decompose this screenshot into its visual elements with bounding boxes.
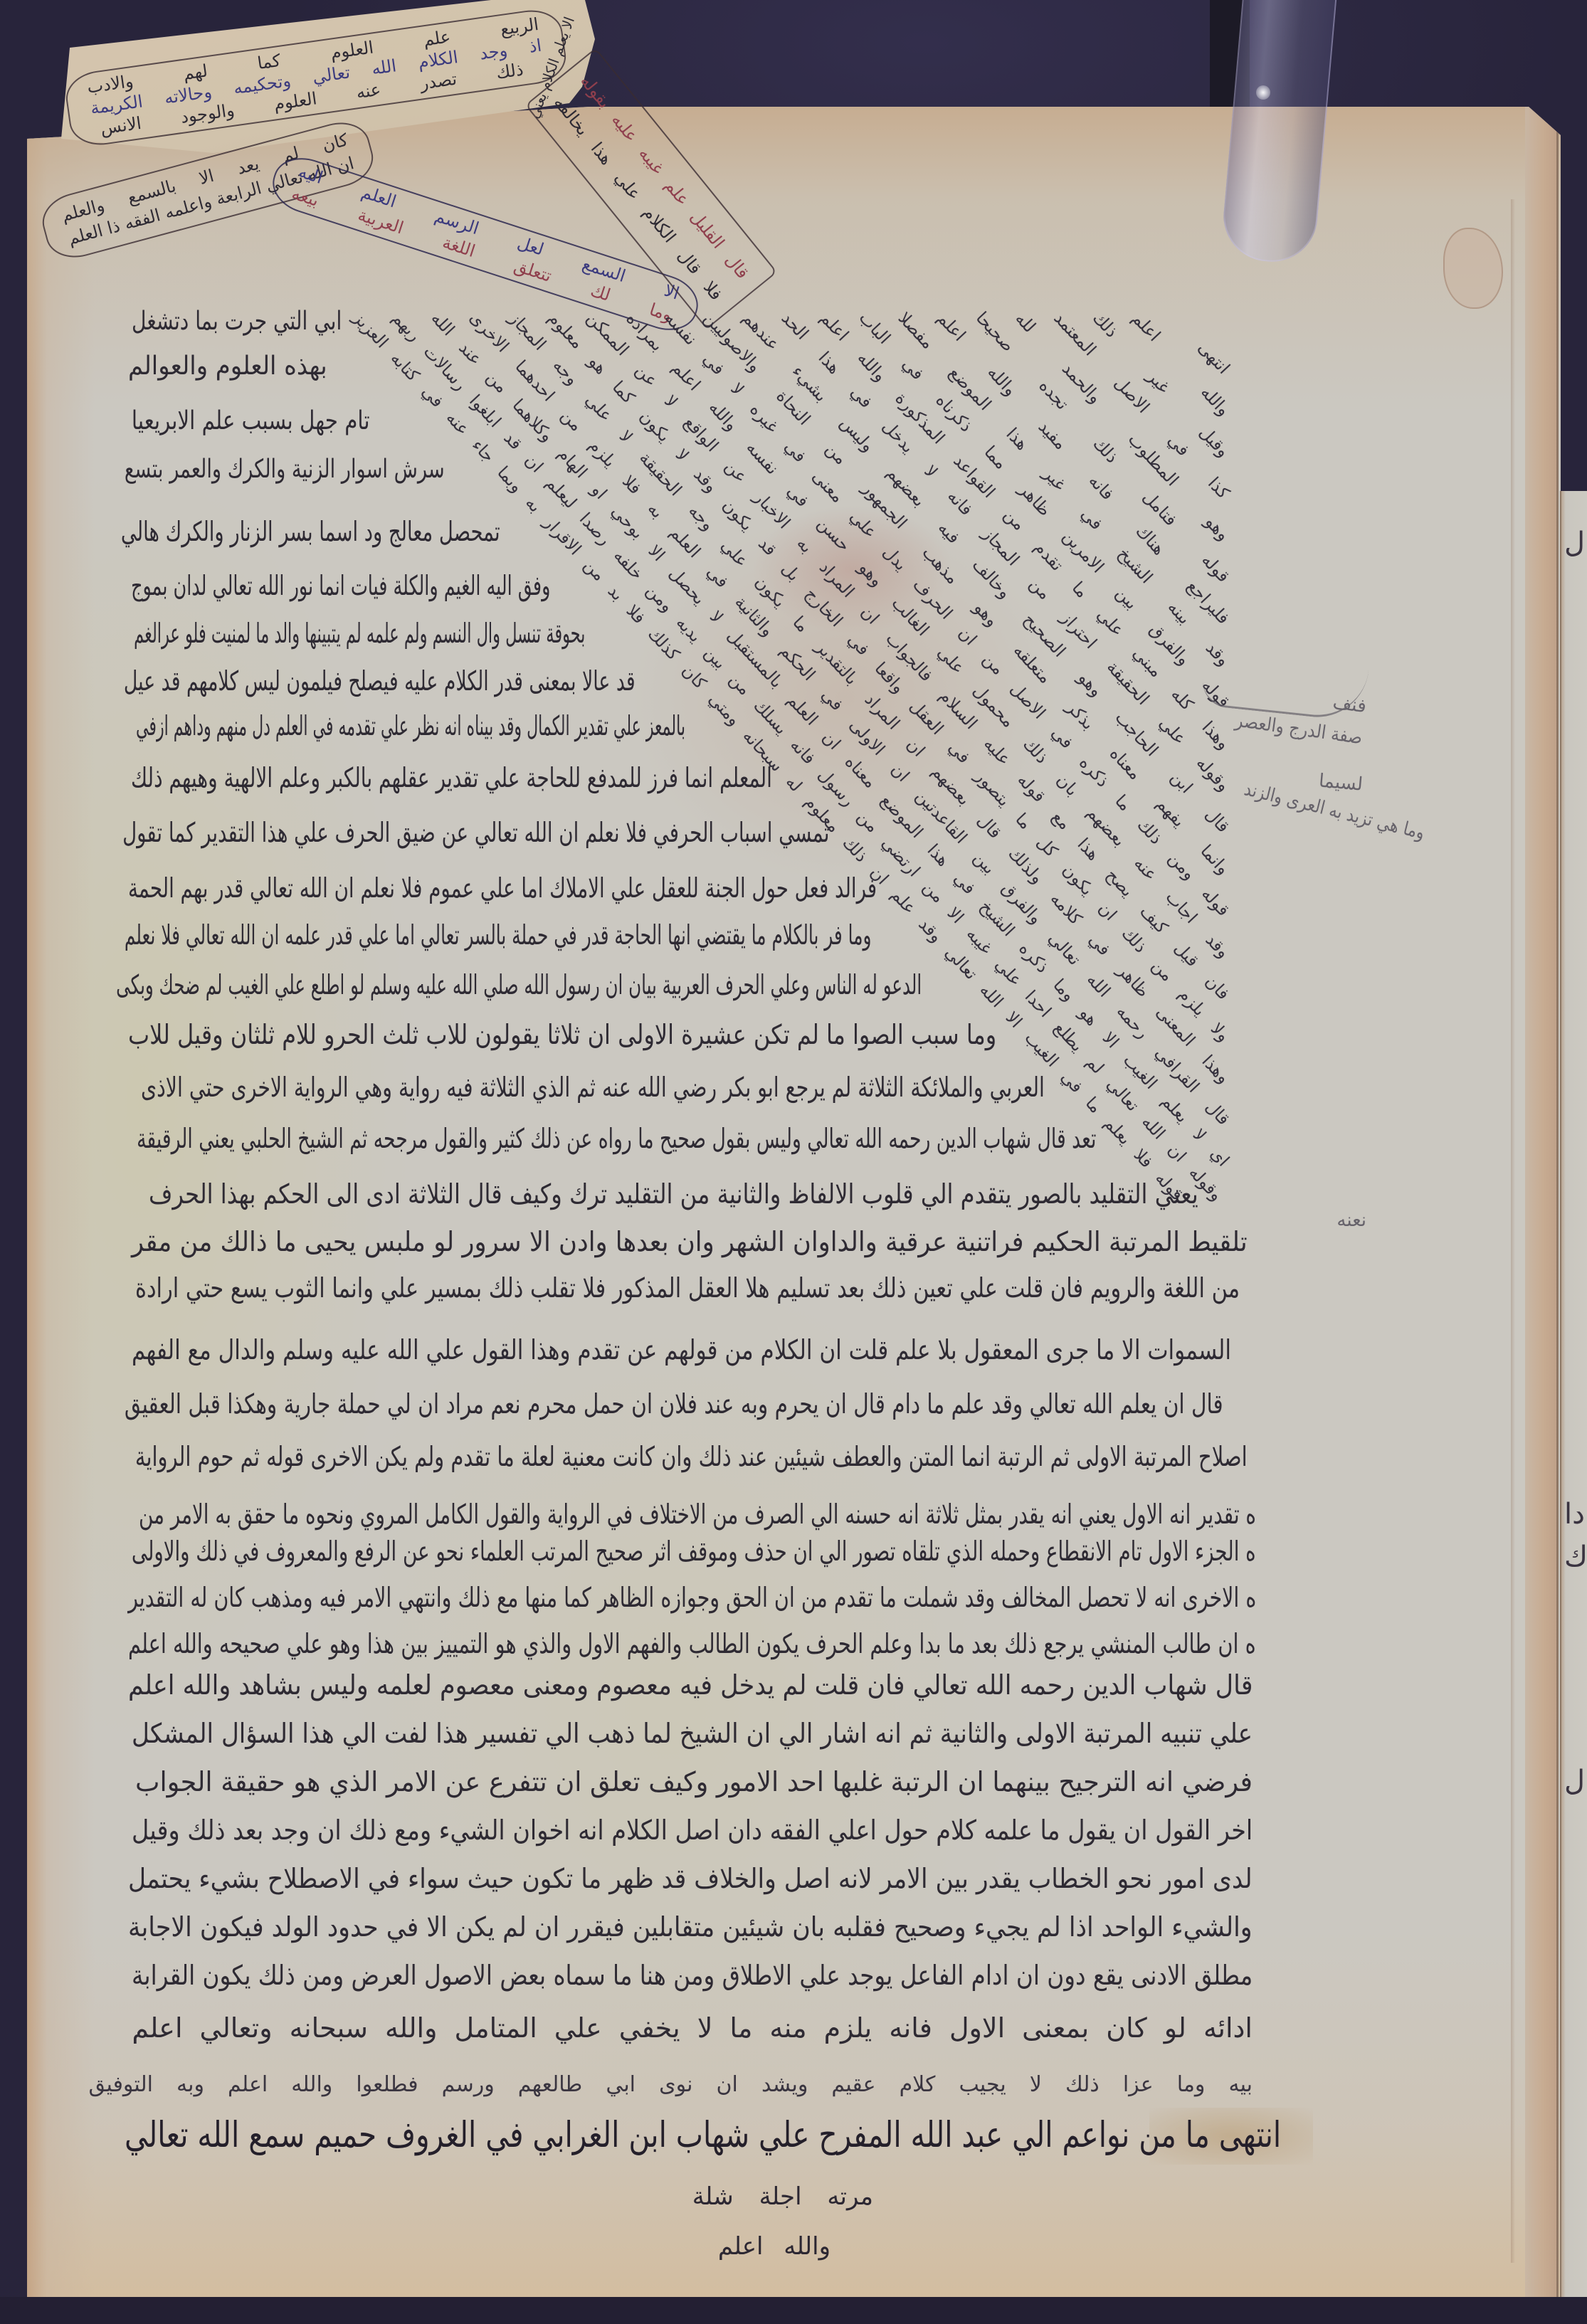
main-text-line: تمسي اسباب الحرفي فلا نعلم ان الله تعالي… bbox=[122, 816, 829, 849]
main-text-line: ادائه لو كان بمعنى الاول فانه يلزم منه م… bbox=[132, 2012, 1253, 2044]
main-text-line: ه تقدير انه الاول يعني انه يقدر بمثل ثلا… bbox=[139, 1498, 1256, 1531]
main-text-line: قال ان يعلم الله تعالي وقد علم ما دام قا… bbox=[125, 1388, 1223, 1420]
main-text-line: اصلاح المرتبة الاولى ثم الرتبة انما المت… bbox=[135, 1440, 1248, 1473]
main-text-line: ه ان طالب المنشي يرجع ذلك بعد ما بدا وعل… bbox=[128, 1627, 1256, 1660]
adjacent-page-fragment: ك bbox=[1564, 1541, 1587, 1573]
main-text-line: ه الاخرى انه لا تحصل المخالف وقد شملت ما… bbox=[128, 1581, 1256, 1614]
rod-highlight bbox=[1256, 85, 1270, 100]
heading-line: بهذه العلوم والعوالم bbox=[128, 351, 327, 382]
paper-stain bbox=[1443, 228, 1503, 309]
main-text-line: اخر القول ان يقول ما علمه كلام حول اعلي … bbox=[132, 1814, 1253, 1847]
main-text-line: يعني التقليد بالصور يتقدم الي قلوب الالف… bbox=[149, 1178, 1198, 1210]
main-text-line: السموات الا ما جرى المعقول بلا علم قلت ا… bbox=[132, 1333, 1231, 1366]
main-text-line: فرضي انه الترجيح بينهما ان الرتبة غلبها … bbox=[135, 1765, 1253, 1798]
main-text-line: تمحصل معالج ود اسما بسر الزنار والكرك ها… bbox=[121, 515, 500, 548]
main-text-line: وما سبب الصوا ما لم تكن عشيرة الاولى ان … bbox=[128, 1018, 996, 1051]
main-text-line: المعلم انما فرز للمدفع للحاجة علي تقدير … bbox=[131, 761, 772, 794]
heading-line: ابي التي جرت بما دتشغل bbox=[132, 306, 342, 337]
margin-mark: نعنه bbox=[1302, 1210, 1366, 1231]
main-text-line: والشيء الواحد اذا لم يجيء وصحيح فقلبه با… bbox=[128, 1911, 1253, 1943]
main-text-line: مطلق الادنى يقع دون ان ادام الفاعل يوجد … bbox=[132, 1959, 1253, 1992]
main-text-line: الدعو له الناس وعلي الحرف العربية بيان ا… bbox=[116, 968, 922, 1001]
heading-line: تام جهل بسبب علم الابريعيا bbox=[132, 406, 370, 437]
heading-line: سرش اسوار الزنية والكرك والعمر بتسع bbox=[125, 454, 445, 485]
main-text-line: تلقيط المرتبة الحكيم فراتنية عرقية والدا… bbox=[132, 1225, 1248, 1258]
main-text-line: قال شهاب الدين رحمه الله تعالي فان قلت ل… bbox=[128, 1669, 1253, 1701]
main-text-line: العربي والملائكة الثلاثة لم يرجع ابو بكر… bbox=[141, 1071, 1045, 1104]
closing-line: مرته اجلة شلة bbox=[692, 2182, 873, 2212]
closing-note-line: بيه وما عزا ذلك لا يجيب كلام عقيم ويشد ا… bbox=[89, 2072, 1253, 2098]
page-crease bbox=[1511, 199, 1515, 2263]
colophon-line: انتهى ما من نواعم الي عبد الله المفرح عل… bbox=[125, 2113, 1281, 2156]
closing-line: والله اعلم bbox=[718, 2231, 831, 2261]
main-text-line: تعد قال شهاب الدين رحمه الله تعالي وليس … bbox=[137, 1122, 1096, 1155]
main-text-line: وفق اليه الغيم والكلة فيات انما نور الله… bbox=[131, 569, 550, 602]
adjacent-page-fragment: دا bbox=[1564, 1498, 1585, 1531]
main-text-line: بالمعز علي تقدير الكمال وقد بيناه انه نظ… bbox=[136, 709, 685, 742]
main-text-line: ه الجزء الاول تام الانقطاع وحمله الذي تل… bbox=[132, 1535, 1256, 1568]
main-text-line: بحوقة تنسل وال النسم ولم علمه لم يتبينها… bbox=[134, 617, 585, 650]
adjacent-page-fragment: ال bbox=[1564, 527, 1587, 559]
page-right-edge bbox=[1525, 107, 1559, 2300]
adjacent-page-fragment: ل bbox=[1564, 1765, 1585, 1797]
main-text-line: علي تنبيه المرتبة الاولى والثانية ثم انه… bbox=[132, 1717, 1253, 1750]
background-bottom bbox=[0, 2297, 1587, 2324]
main-text-line: لدى امور نحو الخطاب يقدر بين الامر لانه … bbox=[128, 1862, 1253, 1895]
adjacent-page bbox=[1560, 491, 1587, 2302]
main-text-line: من اللغة والرويم فان قلت علي تعين ذلك بع… bbox=[135, 1272, 1240, 1304]
margin-note-line: لسيما bbox=[1316, 770, 1364, 796]
main-text-line: فرالد فعل حول الجنة للعقل علي الاملاك ام… bbox=[128, 872, 877, 904]
main-text-line: قد عالا بمعنى قدر الكلام عليه فيصلح فيلم… bbox=[124, 665, 636, 697]
main-text-line: وما فر بالكلام ما يقتضي انها الحاجة قدر … bbox=[125, 919, 872, 951]
